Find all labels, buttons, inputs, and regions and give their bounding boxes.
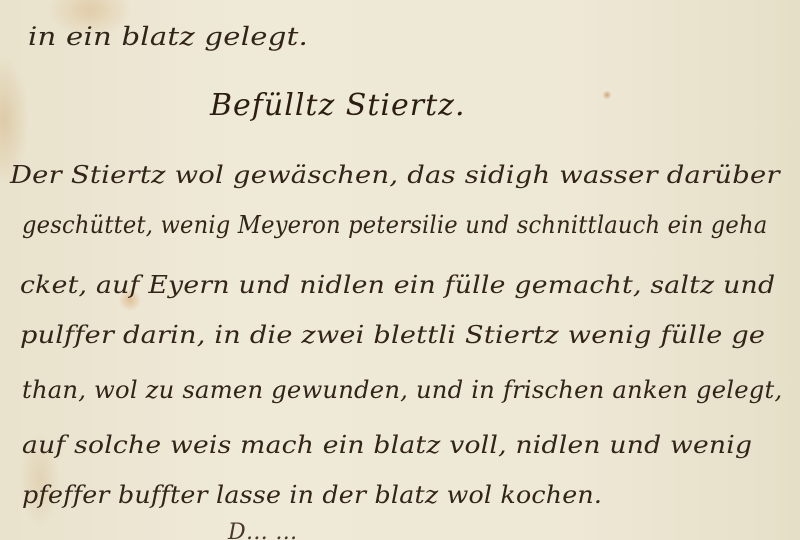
body-line-5: than, wol zu samen gewunden, und in fris…	[22, 375, 782, 404]
body-line-4: pulffer darin, in die zwei blettli Stier…	[20, 320, 765, 349]
body-line-6: auf solche weis mach ein blatz voll, nid…	[22, 430, 752, 459]
partial-bottom-line: D… …	[228, 520, 297, 540]
body-line-2: geschüttet, wenig Meyeron petersilie und…	[22, 210, 767, 239]
body-line-1: Der Stiertz wol gewäschen, das sidigh wa…	[10, 160, 780, 189]
manuscript-page: in ein blatz gelegt. Befülltz Stiertz. D…	[0, 0, 800, 540]
recipe-heading: Befülltz Stiertz.	[210, 88, 466, 123]
body-line-3: cket, auf Eyern und nidlen ein fülle gem…	[20, 270, 775, 299]
continuation-line: in ein blatz gelegt.	[28, 22, 308, 51]
body-line-7: pfeffer buffter lasse in der blatz wol k…	[22, 480, 602, 509]
